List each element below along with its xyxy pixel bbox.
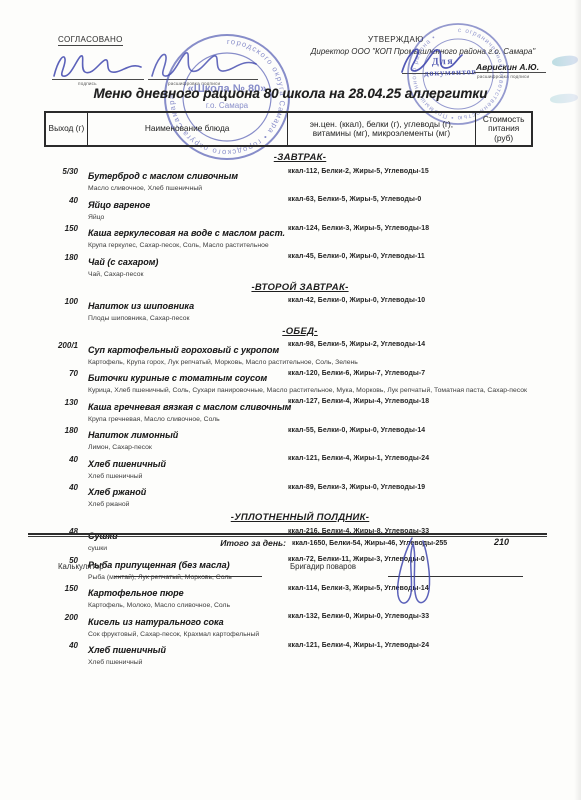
left-signature-1 — [50, 50, 146, 82]
col-header-dish: Наименование блюда — [87, 113, 287, 145]
item-nutrition: ккал-112, Белки-2, Жиры-5, Углеводы-15 — [288, 168, 556, 177]
menu-item-row: 130Каша гречневая вязкая с маслом сливоч… — [30, 397, 570, 424]
item-name: Рыба припущенная (без масла) — [88, 560, 230, 570]
signature-line — [114, 576, 262, 577]
item-nutrition: ккал-55, Белки-0, Жиры-0, Углеводы-14 — [288, 427, 556, 436]
item-ingredients: Хлеб пшеничный — [88, 658, 553, 667]
item-name: Биточки куриные с томатным соусом — [88, 373, 267, 383]
menu-body: -ЗАВТРАК-5/30Бутерброд с маслом сливочны… — [30, 149, 570, 669]
item-name: Кисель из натурального сока — [88, 617, 224, 627]
item-name: Бутерброд с маслом сливочным — [88, 171, 238, 181]
item-ingredients: Рыба (минтай), Лук репчатый, Морковь, Со… — [88, 573, 553, 582]
totals-rule — [28, 533, 547, 537]
item-name: Суп картофельный гороховый с укропом — [88, 345, 279, 355]
item-weight: 130 — [34, 398, 78, 407]
signature-line — [52, 79, 144, 80]
item-name: Хлеб пшеничный — [88, 645, 166, 655]
menu-item-row: 150Картофельное пюреккал-114, Белки-3, Ж… — [30, 583, 570, 610]
item-ingredients: Крупа геркулес, Сахар-песок, Соль, Масло… — [88, 241, 553, 250]
col-header-nutrition: эн.цен. (ккал), белки (г), углеводы (г),… — [287, 113, 476, 145]
menu-item-row: 5/30Бутерброд с маслом сливочнымккал-112… — [30, 166, 570, 193]
menu-item-row: 200/1Суп картофельный гороховый с укропо… — [30, 340, 570, 367]
item-weight: 70 — [34, 369, 78, 378]
section-title: -ВТОРОЙ ЗАВТРАК- — [30, 282, 570, 293]
item-weight: 5/30 — [34, 167, 78, 176]
item-nutrition: ккал-42, Белки-0, Жиры-0, Углеводы-10 — [288, 297, 556, 306]
item-name: Каша гречневая вязкая с маслом сливочным — [88, 402, 291, 412]
calculator-signature — [382, 536, 444, 612]
item-name: Картофельное пюре — [88, 588, 184, 598]
item-ingredients: Хлеб ржаной — [88, 500, 553, 509]
item-ingredients: Крупа гречневая, Масло сливочное, Соль — [88, 415, 553, 424]
calculator-label: Калькулятор — [58, 562, 104, 571]
item-nutrition: ккал-45, Белки-0, Жиры-0, Углеводы-11 — [288, 253, 556, 262]
section-title: -ОБЕД- — [30, 326, 570, 337]
item-nutrition: ккал-121, Белки-4, Жиры-1, Углеводы-24 — [288, 642, 556, 651]
item-nutrition: ккал-89, Белки-3, Жиры-0, Углеводы-19 — [288, 484, 556, 493]
item-nutrition: ккал-63, Белки-5, Жиры-5, Углеводы-0 — [288, 196, 556, 205]
item-ingredients: Картофель, Крупа горох, Лук репчатый, Мо… — [88, 358, 553, 367]
menu-item-row: 40Хлеб пшеничныйккал-121, Белки-4, Жиры-… — [30, 640, 570, 667]
item-nutrition: ккал-124, Белки-3, Жиры-5, Углеводы-18 — [288, 225, 556, 234]
item-weight: 180 — [34, 426, 78, 435]
page-title: Меню дневного рациона 80 школа на 28.04.… — [0, 86, 581, 101]
item-weight: 40 — [34, 483, 78, 492]
totals-label: Итого за день: — [170, 538, 286, 548]
section-title: -ЗАВТРАК- — [30, 152, 570, 163]
menu-item-row: 40Хлеб ржанойккал-89, Белки-3, Жиры-0, У… — [30, 482, 570, 509]
item-ingredients: Плоды шиповника, Сахар-песок — [88, 314, 553, 323]
ink-smudge — [551, 54, 578, 67]
item-name: Хлеб ржаной — [88, 487, 146, 497]
table-header: Выход (г) Наименование блюда эн.цен. (кк… — [44, 111, 533, 147]
menu-item-row: 150Каша геркулесовая на воде с маслом ра… — [30, 223, 570, 250]
item-nutrition: ккал-98, Белки-5, Жиры-2, Углеводы-14 — [288, 341, 556, 350]
item-ingredients: Картофель, Молоко, Масло сливочное, Соль — [88, 601, 553, 610]
item-weight: 100 — [34, 297, 78, 306]
item-name: Чай (с сахаром) — [88, 257, 158, 267]
item-weight: 180 — [34, 253, 78, 262]
menu-item-row: 100Напиток из шиповникаккал-42, Белки-0,… — [30, 296, 570, 323]
item-weight: 200/1 — [34, 341, 78, 350]
item-ingredients: Курица, Хлеб пшеничный, Соль, Сухари пан… — [88, 386, 553, 395]
item-ingredients: Масло сливочное, Хлеб пшеничный — [88, 184, 553, 193]
menu-item-row: 180Напиток лимонныйккал-55, Белки-0, Жир… — [30, 425, 570, 452]
menu-item-row: 70Биточки куриные с томатным соусомккал-… — [30, 368, 570, 395]
item-name: Яйцо вареное — [88, 200, 150, 210]
item-weight: 150 — [34, 224, 78, 233]
menu-item-row: 40Яйцо вареноеккал-63, Белки-5, Жиры-5, … — [30, 195, 570, 222]
section-title: -УПЛОТНЕННЫЙ ПОЛДНИК- — [30, 512, 570, 523]
totals-cost: 210 — [494, 537, 509, 547]
menu-item-row: 200Кисель из натурального сокаккал-132, … — [30, 612, 570, 639]
item-nutrition: ккал-121, Белки-4, Жиры-1, Углеводы-24 — [288, 455, 556, 464]
item-weight: 150 — [34, 584, 78, 593]
item-ingredients: Чай, Сахар-песок — [88, 270, 553, 279]
item-weight: 200 — [34, 613, 78, 622]
item-weight: 40 — [34, 641, 78, 650]
scanned-menu-document: СОГЛАСОВАНО подпись расшифровка подписи … — [0, 0, 581, 800]
agreed-label: СОГЛАСОВАНО — [58, 35, 123, 46]
item-weight: 40 — [34, 455, 78, 464]
menu-item-row: 180Чай (с сахаром)ккал-45, Белки-0, Жиры… — [30, 252, 570, 279]
item-name: Каша геркулесовая на воде с маслом раст. — [88, 228, 285, 238]
stamp-inner-text: г.о. Самара — [206, 101, 249, 110]
item-weight: 40 — [34, 196, 78, 205]
item-ingredients: Хлеб пшеничный — [88, 472, 553, 481]
item-nutrition: ккал-120, Белки-6, Жиры-7, Углеводы-7 — [288, 370, 556, 379]
item-ingredients: Лимон, Сахар-песок — [88, 443, 553, 452]
chef-brigadier-label: Бригадир поваров — [290, 562, 356, 571]
col-header-cost: Стоимость питания (руб) — [475, 113, 531, 145]
stamp-ring-text: с ограниченной ответственностью • Промыш… — [411, 27, 506, 121]
item-ingredients: Яйцо — [88, 213, 553, 222]
item-ingredients: Сок фруктовый, Сахар-песок, Крахмал карт… — [88, 630, 553, 639]
item-nutrition: ккал-132, Белки-0, Жиры-0, Углеводы-33 — [288, 613, 556, 622]
item-name: Напиток из шиповника — [88, 301, 194, 311]
item-nutrition: ккал-127, Белки-4, Жиры-4, Углеводы-18 — [288, 398, 556, 407]
item-name: Напиток лимонный — [88, 430, 178, 440]
col-header-output: Выход (г) — [46, 113, 87, 145]
item-name: Хлеб пшеничный — [88, 459, 166, 469]
menu-item-row: 40Хлеб пшеничныйккал-121, Белки-4, Жиры-… — [30, 454, 570, 481]
